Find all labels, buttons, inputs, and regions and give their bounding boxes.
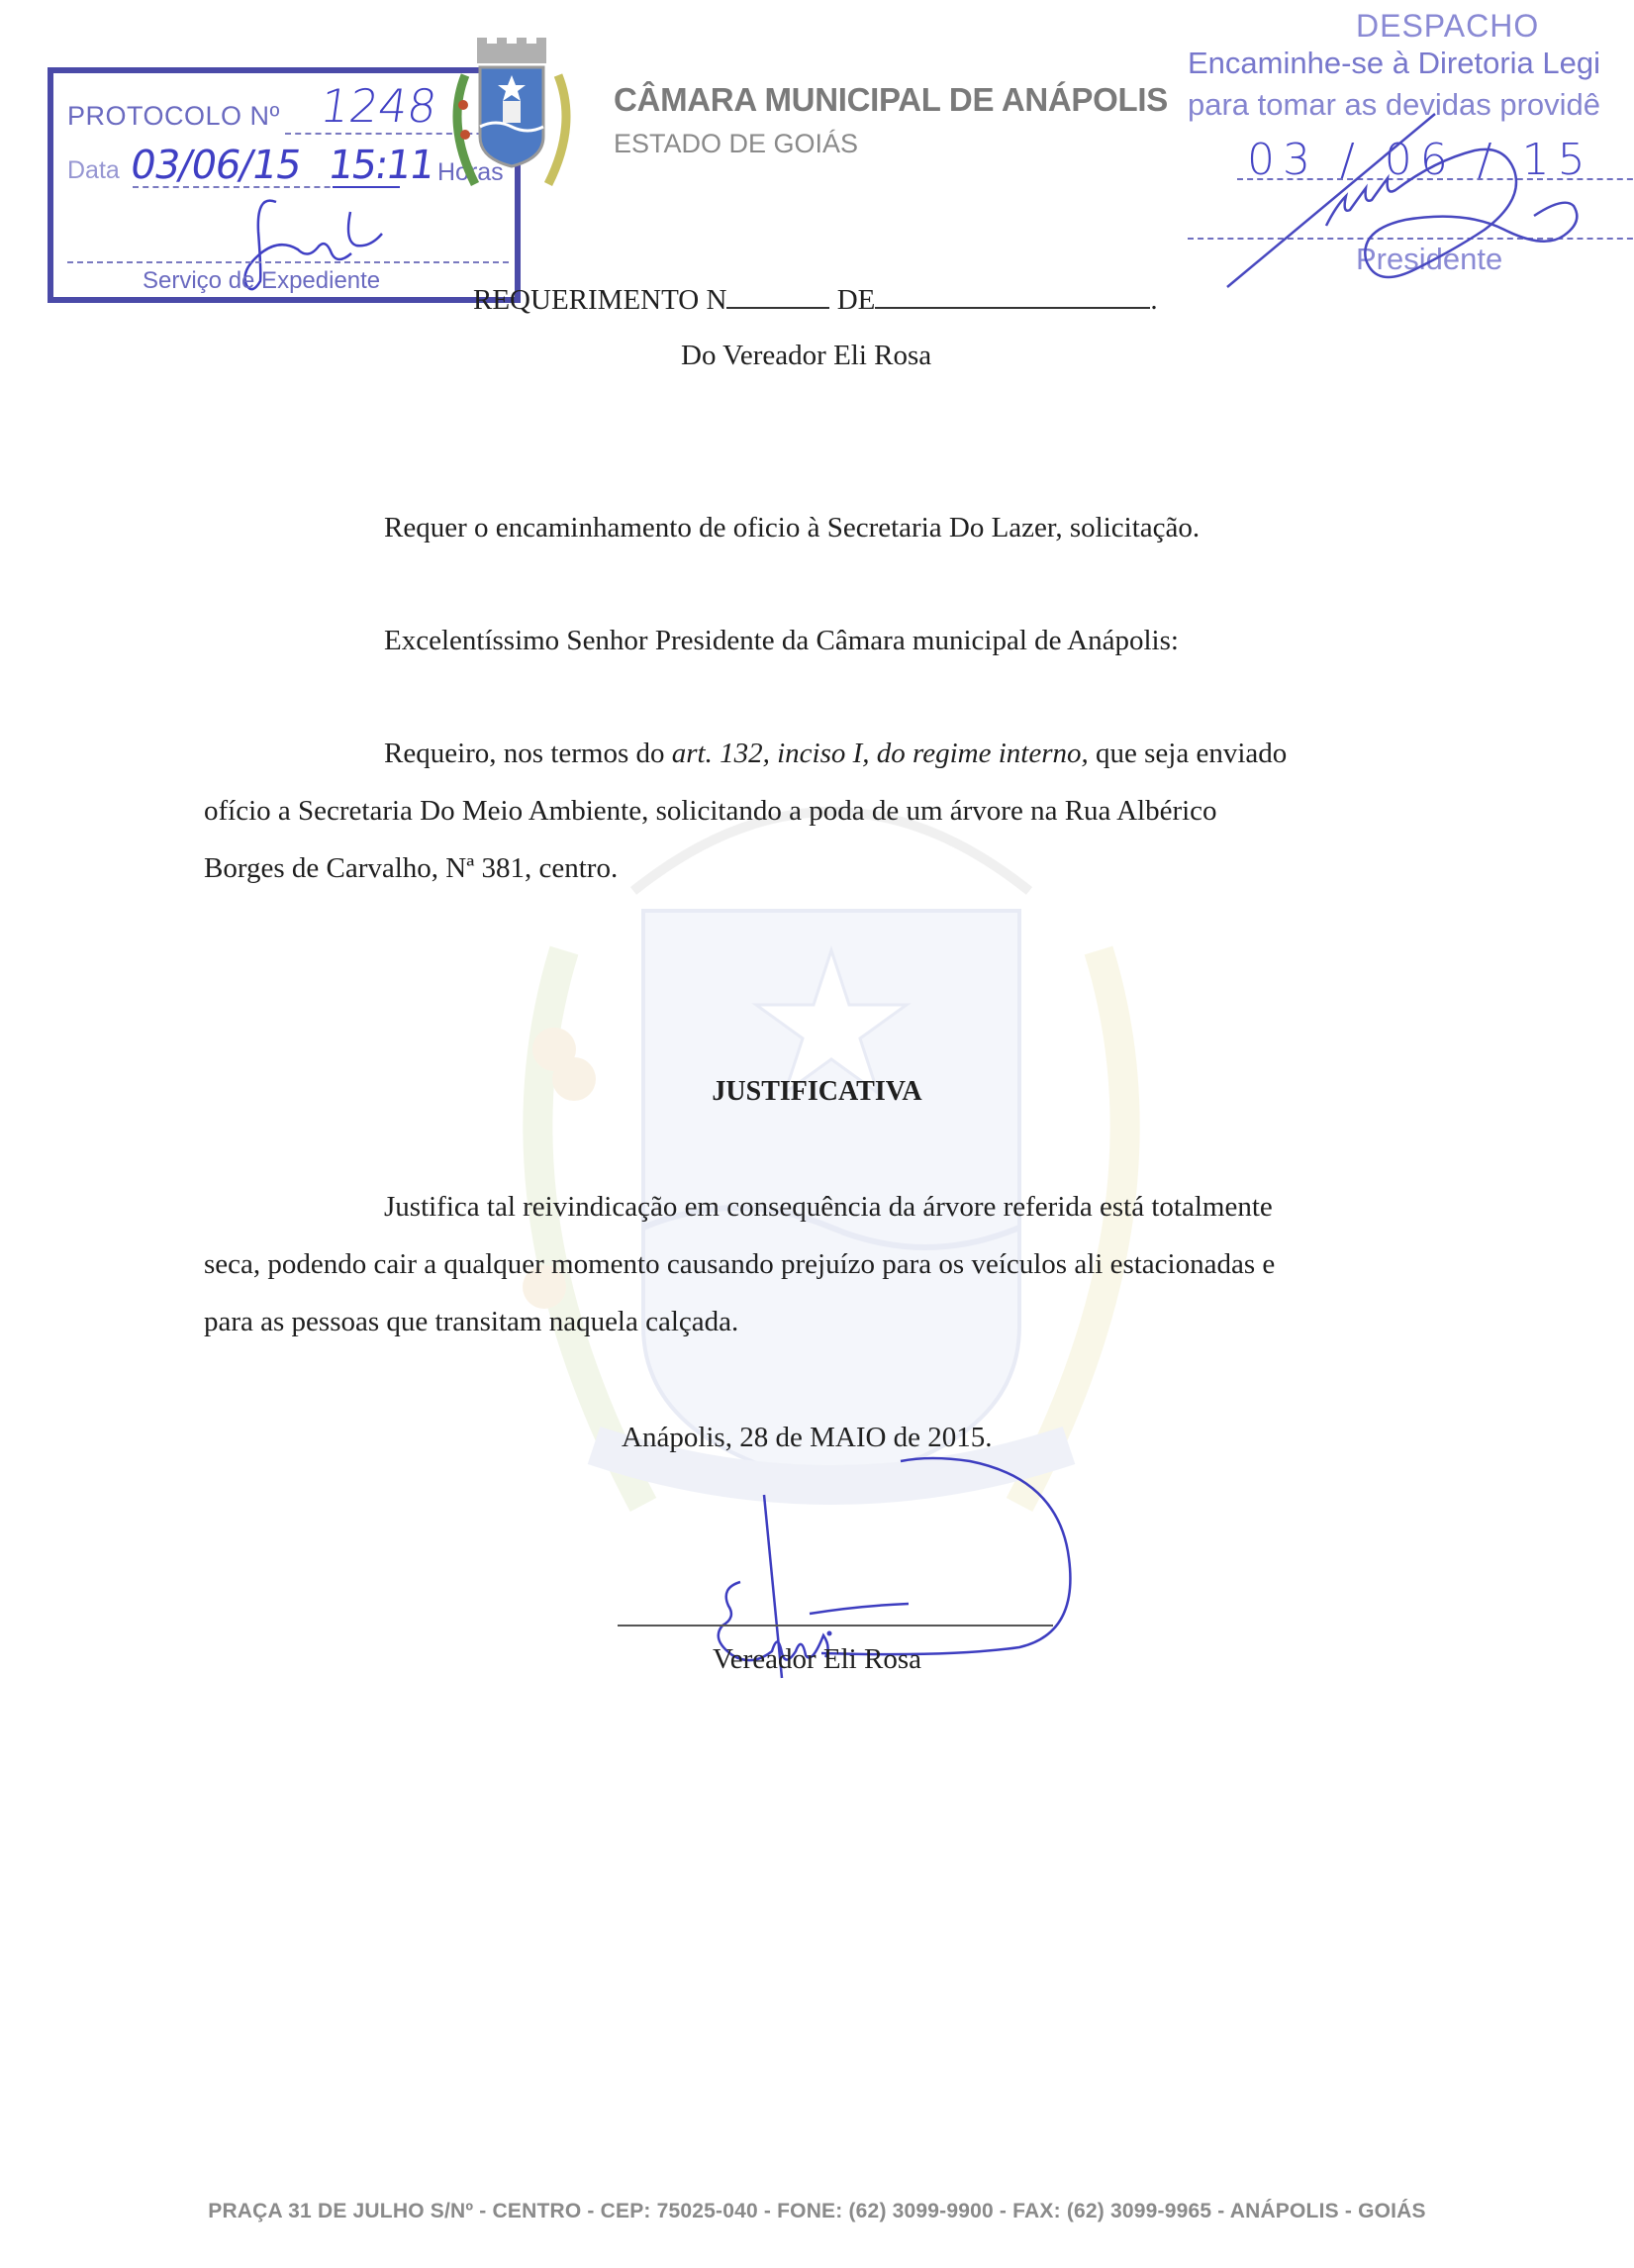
request-number-blank	[726, 283, 829, 309]
request-body-start: Requeiro, nos termos do	[384, 738, 672, 769]
request-title-prefix: REQUERIMENTO N	[473, 284, 726, 316]
legal-reference: art. 132, inciso I, do regime interno,	[672, 738, 1089, 769]
justification-line-1: Justifica tal reivindicação em consequên…	[384, 1191, 1273, 1224]
request-title-suffix: .	[1150, 284, 1157, 316]
request-date-blank	[875, 283, 1150, 309]
place-and-date: Anápolis, 28 de MAIO de 2015.	[622, 1422, 993, 1454]
request-body-line-1: Requeiro, nos termos do art. 132, inciso…	[384, 738, 1287, 770]
request-body-end: que seja enviado	[1089, 738, 1288, 769]
salutation: Excelentíssimo Senhor Presidente da Câma…	[384, 625, 1179, 657]
justification-line-2: seca, podendo cair a qualquer momento ca…	[204, 1248, 1275, 1281]
justification-line-3: para as pessoas que transitam naquela ca…	[204, 1306, 738, 1338]
request-author: Do Vereador Eli Rosa	[681, 340, 931, 372]
request-body-line-3: Borges de Carvalho, Nª 381, centro.	[204, 852, 618, 885]
request-title: REQUERIMENTO N DE.	[473, 283, 1158, 317]
request-summary: Requer o encaminhamento de oficio à Secr…	[384, 512, 1200, 544]
president-signature-icon	[1178, 0, 1634, 356]
justification-heading: JUSTIFICATIVA	[0, 1076, 1634, 1108]
protocol-signature-line	[67, 261, 509, 263]
signature-line	[618, 1625, 1053, 1627]
institution-subtitle: ESTADO DE GOIÁS	[614, 129, 858, 159]
despacho-stamp: DESPACHO Encaminhe-se à Diretoria Legi p…	[1178, 0, 1634, 356]
footer-address: PRAÇA 31 DE JULHO S/Nº - CENTRO - CEP: 7…	[0, 2200, 1634, 2223]
coat-of-arms-logo-icon	[435, 36, 584, 194]
institution-title: CÂMARA MUNICIPAL DE ANÁPOLIS	[614, 81, 1168, 119]
request-body-line-2: ofício a Secretaria Do Meio Ambiente, so…	[204, 795, 1217, 828]
protocol-service-label: Serviço de Expediente	[143, 267, 380, 295]
request-title-middle: DE	[837, 284, 876, 316]
signatory-name: Vereador Eli Rosa	[713, 1643, 921, 1676]
